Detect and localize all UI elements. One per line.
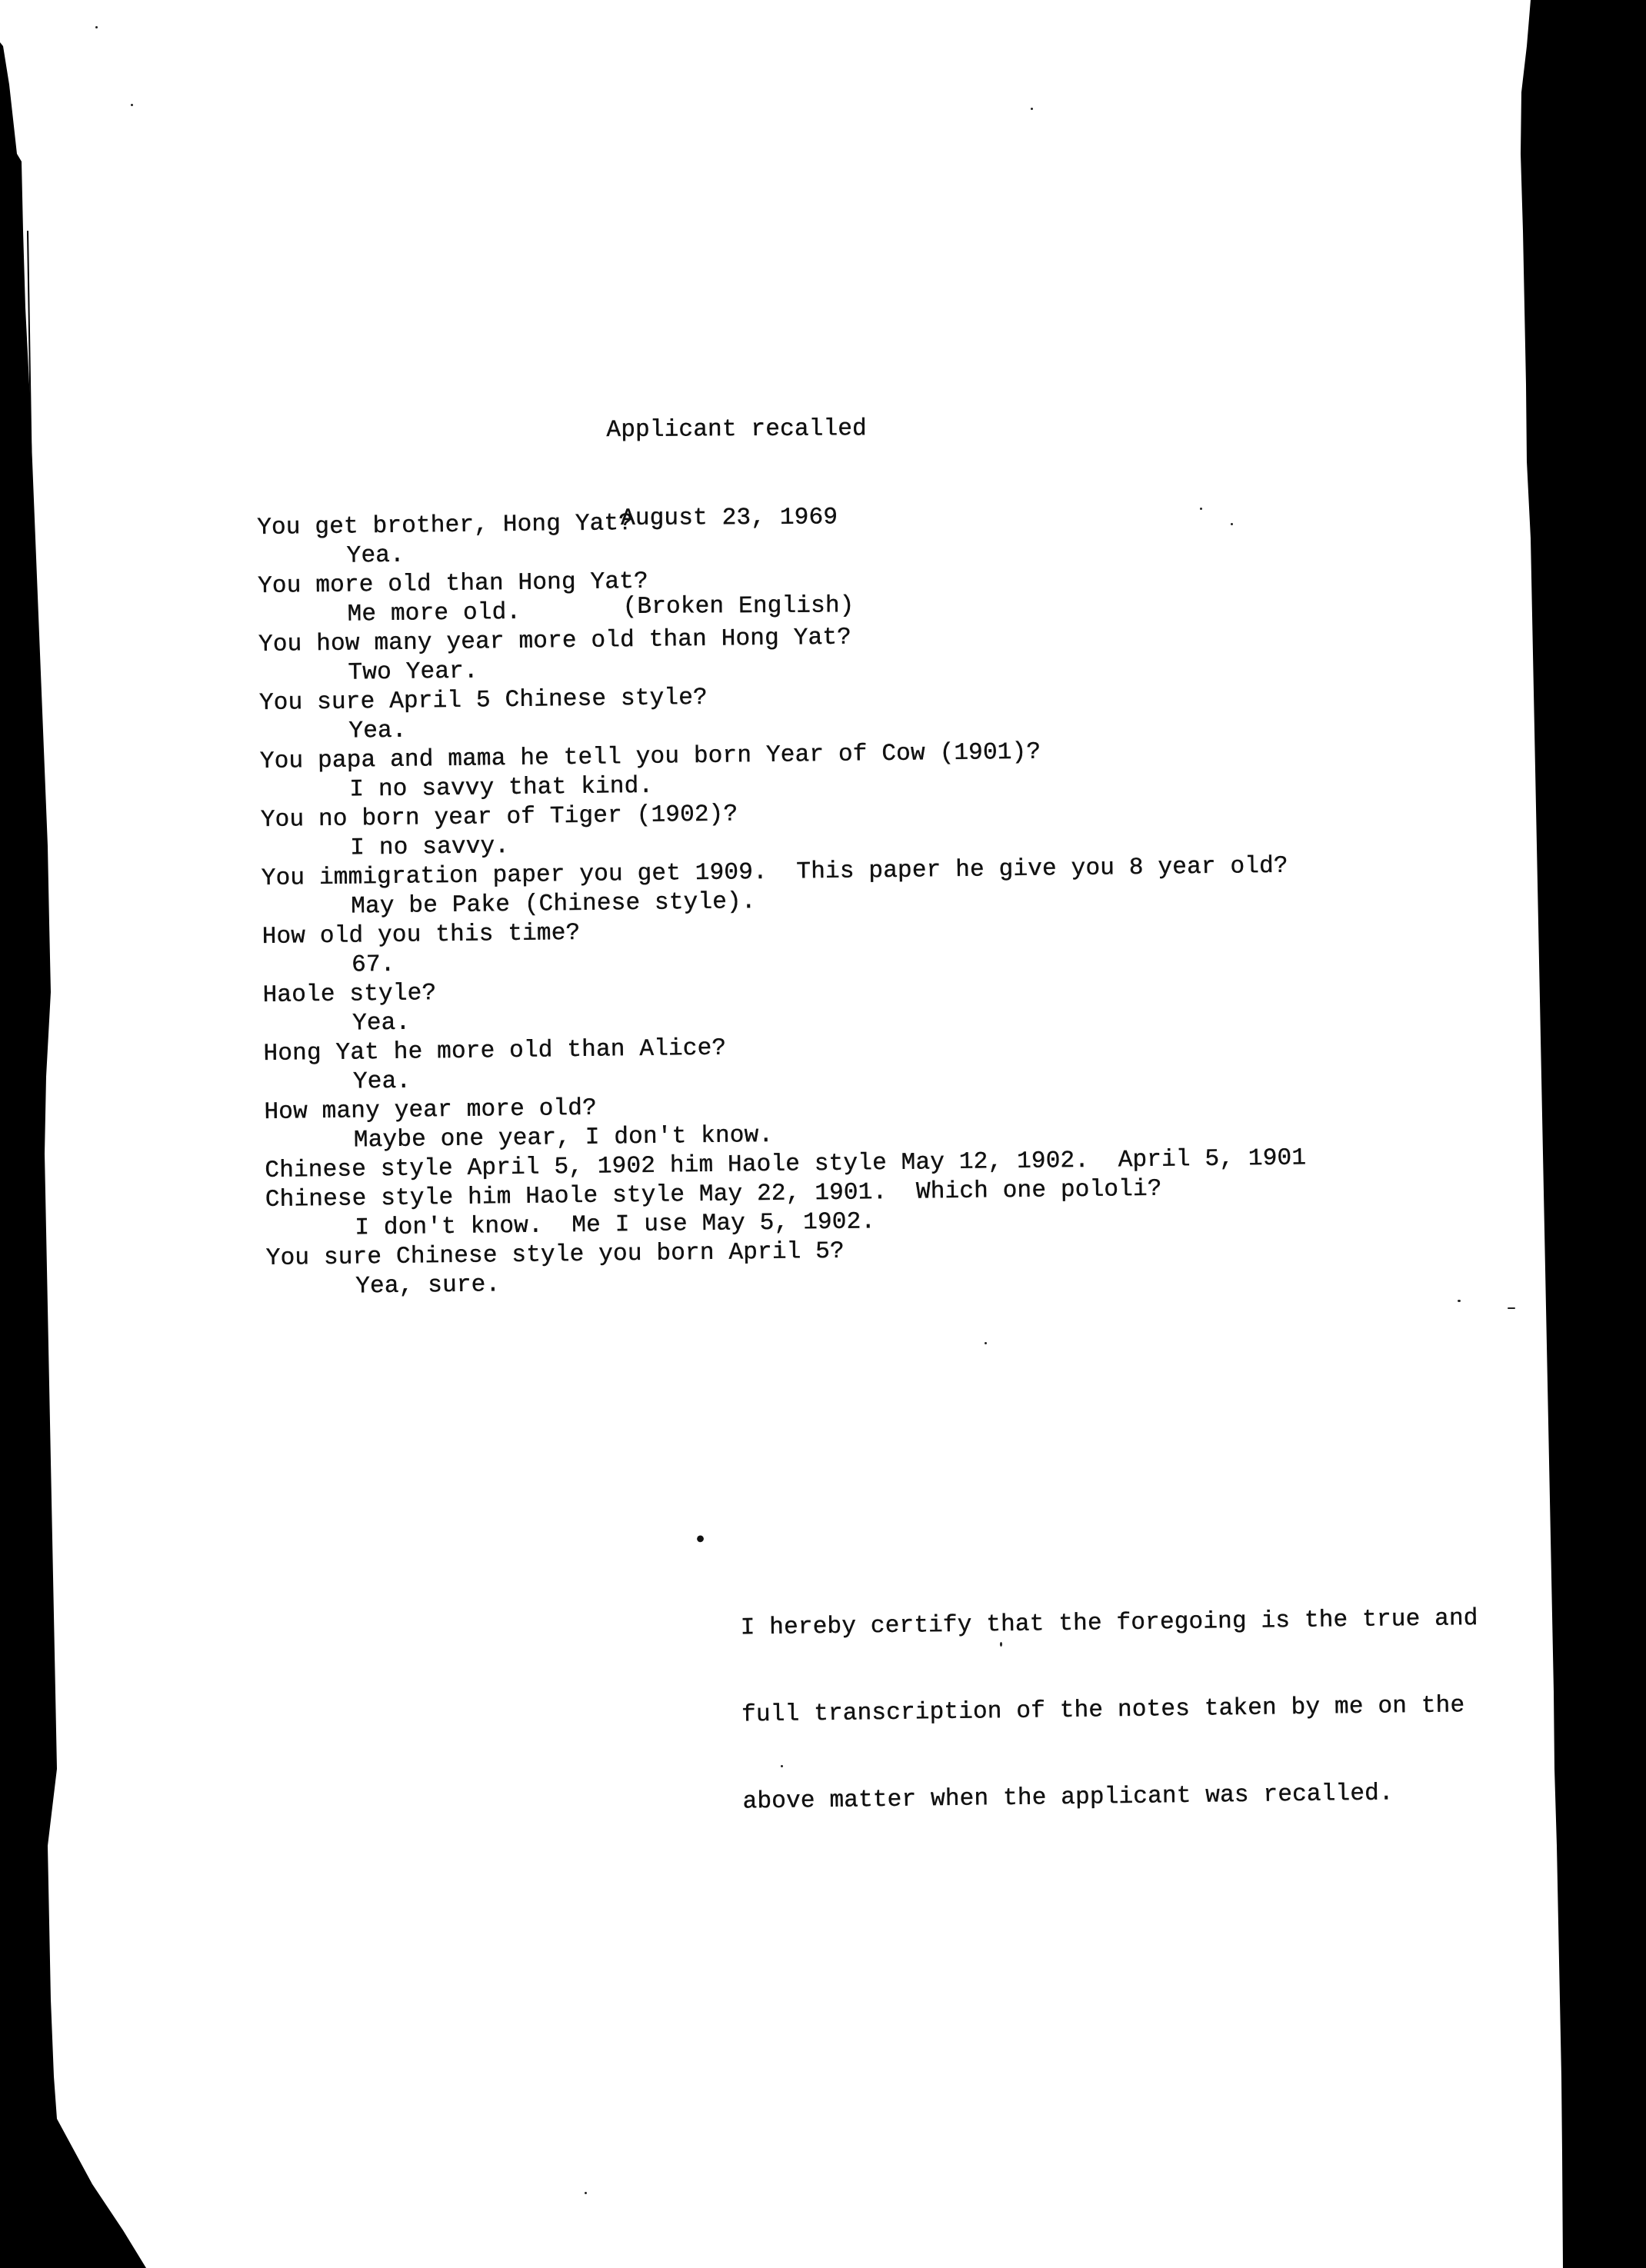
scan-speck [985, 1342, 987, 1344]
scan-speck [1508, 1307, 1515, 1309]
left-edge-streak [28, 231, 34, 631]
scan-speck [1458, 1300, 1461, 1302]
scan-speck [585, 2192, 587, 2194]
certification-line: full transcription of the notes taken by… [714, 1691, 1479, 1730]
bullet-icon: • [693, 1527, 708, 1556]
certification-line: above matter when the applicant was reca… [715, 1778, 1480, 1817]
certification-statement: • I hereby certify that the foregoing is… [711, 1517, 1481, 1846]
scan-speck [131, 104, 133, 106]
right-scan-edge [1521, 0, 1646, 2268]
certification-line: I hereby certify that the foregoing is t… [712, 1604, 1478, 1643]
left-scan-edge [0, 42, 146, 2268]
transcript: You get brother, Hong Yat?Yea.You more o… [257, 501, 1308, 1302]
scan-speck [95, 26, 98, 28]
scan-speck [1031, 108, 1033, 110]
heading-title: Applicant recalled [606, 415, 867, 446]
